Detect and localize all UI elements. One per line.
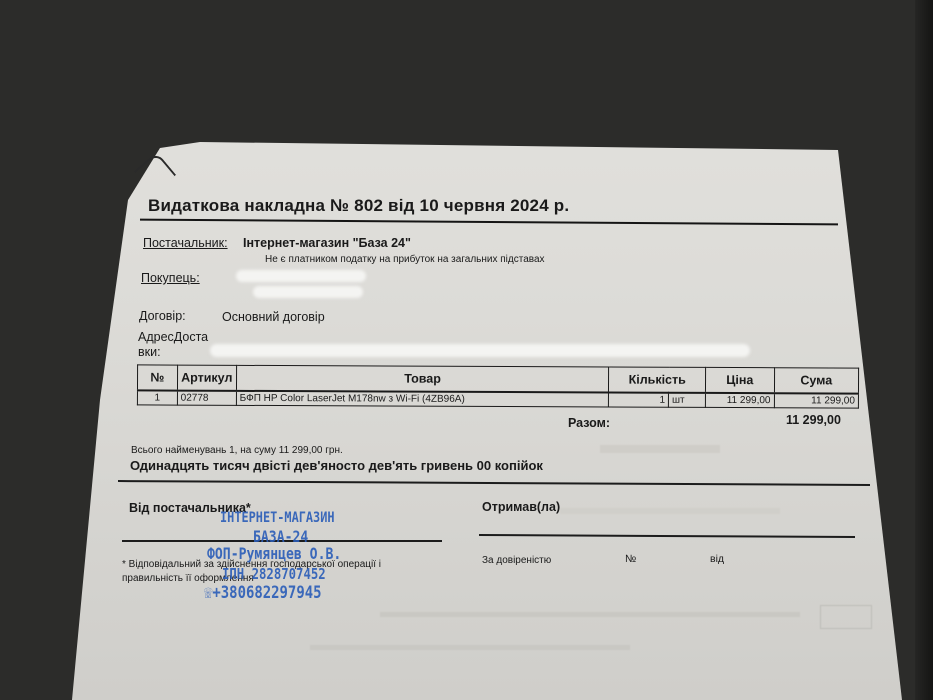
supplier-value: Інтернет-магазин "База 24" — [243, 236, 411, 250]
bleed-through-text — [560, 508, 780, 514]
amount-in-words: Одинадцять тисяч двісті дев'яносто дев'я… — [130, 458, 543, 473]
proxy-number-label: № — [625, 553, 636, 565]
contract-value: Основний договір — [222, 310, 325, 324]
cell-article: 02778 — [177, 391, 236, 406]
cell-quantity: 1 — [609, 392, 669, 407]
buyer-redaction — [253, 286, 363, 298]
delivery-address-redaction — [210, 344, 750, 357]
col-article: Артикул — [177, 365, 236, 391]
delivery-address-label-line1: АдресДоста — [138, 330, 218, 345]
stamp-line-tax-id: ІПН 2828707452 — [222, 565, 326, 583]
cell-price: 11 299,00 — [705, 393, 774, 408]
supplier-label: Постачальник: — [143, 236, 228, 250]
col-sum: Сума — [774, 368, 859, 394]
proxy-date-label: від — [710, 553, 724, 565]
table-row: 1 02778 БФП HP Color LaserJet M178nw з W… — [137, 390, 858, 408]
contract-label: Договір: — [139, 309, 186, 323]
items-summary: Всього найменувань 1, на суму 11 299,00 … — [131, 445, 343, 456]
delivery-address-label-line2: вки: — [138, 345, 218, 360]
col-no: № — [137, 365, 177, 391]
bleed-through-box — [820, 605, 872, 629]
col-price: Ціна — [705, 367, 774, 393]
received-label: Отримав(ла) — [482, 500, 560, 514]
stamp-line-shop: ІНТЕРНЕТ-МАГАЗИН — [220, 510, 335, 526]
bleed-through-text — [380, 612, 800, 617]
col-item: Товар — [236, 365, 609, 392]
total-label: Разом: — [568, 416, 610, 430]
total-value: 11 299,00 — [786, 413, 841, 427]
stamp-line-phone: ☏+380682297945 — [204, 583, 322, 603]
cell-item: БФП HP Color LaserJet M178nw з Wi-Fi (4Z… — [236, 391, 609, 407]
invoice-title: Видаткова накладна № 802 від 10 червня 2… — [148, 196, 569, 216]
buyer-label: Покупець: — [141, 271, 200, 285]
bleed-through-text — [310, 645, 630, 650]
cell-sum: 11 299,00 — [774, 393, 859, 408]
table-header-row: № Артикул Товар Кількість Ціна Сума — [137, 365, 858, 394]
cell-unit: шт — [669, 393, 706, 408]
buyer-redaction — [236, 270, 366, 282]
background-edge — [915, 0, 933, 700]
proxy-label: За довіреністю — [482, 555, 551, 566]
cell-no: 1 — [137, 390, 177, 405]
delivery-address-label: АдресДоста вки: — [138, 330, 218, 360]
bleed-through-text — [600, 445, 720, 453]
col-quantity: Кількість — [609, 367, 706, 393]
stamp-line-owner: ФОП-Румянцев О.В. — [207, 544, 341, 563]
items-table: № Артикул Товар Кількість Ціна Сума 1 02… — [137, 364, 859, 408]
supplier-tax-note: Не є платником податку на прибуток на за… — [265, 254, 545, 265]
